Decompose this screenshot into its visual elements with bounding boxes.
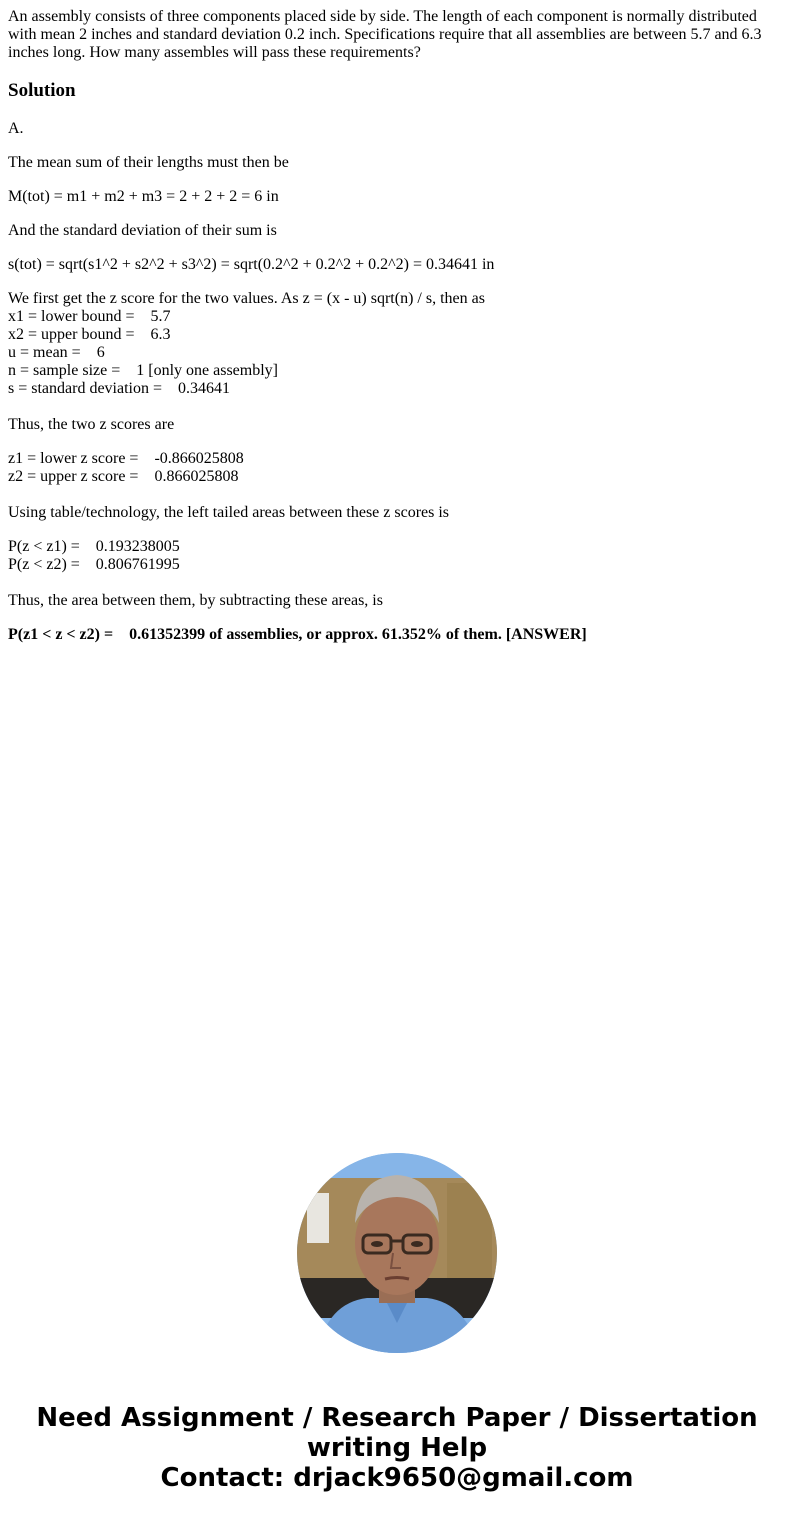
param-line: x1 = lower bound = 5.7 (8, 308, 778, 326)
areas-intro: Using table/technology, the left tailed … (8, 504, 778, 522)
areas-block: P(z < z1) = 0.193238005 P(z < z2) = 0.80… (8, 538, 778, 574)
area-line: P(z < z1) = 0.193238005 (8, 538, 778, 556)
param-line: x2 = upper bound = 6.3 (8, 326, 778, 344)
zscores-intro: Thus, the two z scores are (8, 416, 778, 434)
mean-formula: M(tot) = m1 + m2 + m3 = 2 + 2 + 2 = 6 in (8, 188, 778, 206)
part-label: A. (8, 120, 778, 138)
mean-intro: The mean sum of their lengths must then … (8, 154, 778, 172)
document-body: An assembly consists of three components… (8, 8, 778, 660)
z-parameters-block: We first get the z score for the two val… (8, 290, 778, 398)
promo-line-2: writing Help (0, 1433, 794, 1463)
z-intro: We first get the z score for the two val… (8, 290, 778, 308)
solution-heading: Solution (8, 80, 778, 102)
param-line: s = standard deviation = 0.34641 (8, 380, 778, 398)
between-intro: Thus, the area between them, by subtract… (8, 592, 778, 610)
promo-footer: Need Assignment / Research Paper / Disse… (0, 1403, 794, 1493)
zscores-block: z1 = lower z score = -0.866025808 z2 = u… (8, 450, 778, 486)
param-line: u = mean = 6 (8, 344, 778, 362)
param-line: n = sample size = 1 [only one assembly] (8, 362, 778, 380)
sd-formula: s(tot) = sqrt(s1^2 + s2^2 + s3^2) = sqrt… (8, 256, 778, 274)
answer-line: P(z1 < z < z2) = 0.61352399 of assemblie… (8, 626, 778, 644)
sd-intro: And the standard deviation of their sum … (8, 222, 778, 240)
promo-contact: Contact: drjack9650@gmail.com (0, 1463, 794, 1493)
area-line: P(z < z2) = 0.806761995 (8, 556, 778, 574)
question-text: An assembly consists of three components… (8, 8, 778, 62)
tutor-portrait-icon (297, 1153, 497, 1353)
zscore-line: z1 = lower z score = -0.866025808 (8, 450, 778, 468)
avatar (297, 1153, 497, 1353)
zscore-line: z2 = upper z score = 0.866025808 (8, 468, 778, 486)
promo-line-1: Need Assignment / Research Paper / Disse… (0, 1403, 794, 1433)
